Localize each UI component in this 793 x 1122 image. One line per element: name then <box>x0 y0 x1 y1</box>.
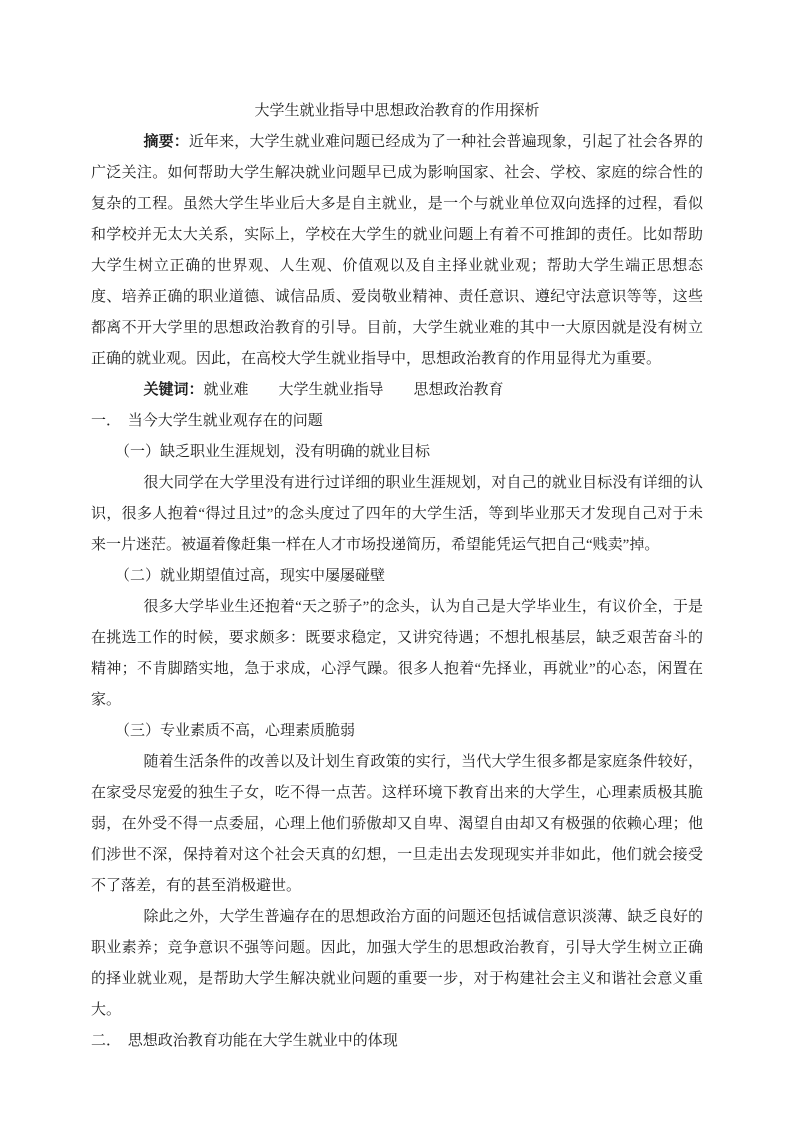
abstract-label: 摘要： <box>144 134 189 150</box>
section-2-title: 思想政治教育功能在大学生就业中的体现 <box>128 1033 398 1049</box>
abstract-paragraph: 摘要：近年来，大学生就业难问题已经成为了一种社会普遍现象，引起了社会各界的广泛关… <box>91 127 703 375</box>
keywords-text: 就业难 大学生就业指导 思想政治教育 <box>204 382 504 398</box>
body-paragraph: 很多大学毕业生还抱着“天之骄子”的念头，认为自己是大学毕业生，有议价全，于是在挑… <box>91 592 703 716</box>
document-page: 大学生就业指导中思想政治教育的作用探析 摘要：近年来，大学生就业难问题已经成为了… <box>0 0 793 1122</box>
document-title: 大学生就业指导中思想政治教育的作用探析 <box>91 96 703 127</box>
subsection-1-1-heading: （一）缺乏职业生涯规划，没有明确的就业目标 <box>91 437 703 468</box>
section-2-heading: 二．思想政治教育功能在大学生就业中的体现 <box>91 1026 703 1057</box>
section-1-number: 一． <box>91 413 121 429</box>
subsection-1-2-heading: （二）就业期望值过高，现实中屡屡碰壁 <box>91 561 703 592</box>
subsection-1-3-heading: （三）专业素质不高，心理素质脆弱 <box>91 716 703 747</box>
keywords-label: 关键词： <box>144 382 204 398</box>
body-paragraph: 除此之外，大学生普遍存在的思想政治方面的问题还包括诚信意识淡薄、缺乏良好的职业素… <box>91 902 703 1026</box>
section-2-number: 二． <box>91 1033 121 1049</box>
section-1-heading: 一．当今大学生就业观存在的问题 <box>91 406 703 437</box>
abstract-text: 近年来，大学生就业难问题已经成为了一种社会普遍现象，引起了社会各界的广泛关注。如… <box>91 134 703 367</box>
body-paragraph: 随着生活条件的改善以及计划生育政策的实行，当代大学生很多都是家庭条件较好，在家受… <box>91 747 703 902</box>
section-1-title: 当今大学生就业观存在的问题 <box>128 413 323 429</box>
keywords-paragraph: 关键词：就业难 大学生就业指导 思想政治教育 <box>91 375 703 406</box>
body-paragraph: 很大同学在大学里没有进行过详细的职业生涯规划，对自己的就业目标没有详细的认识，很… <box>91 468 703 561</box>
